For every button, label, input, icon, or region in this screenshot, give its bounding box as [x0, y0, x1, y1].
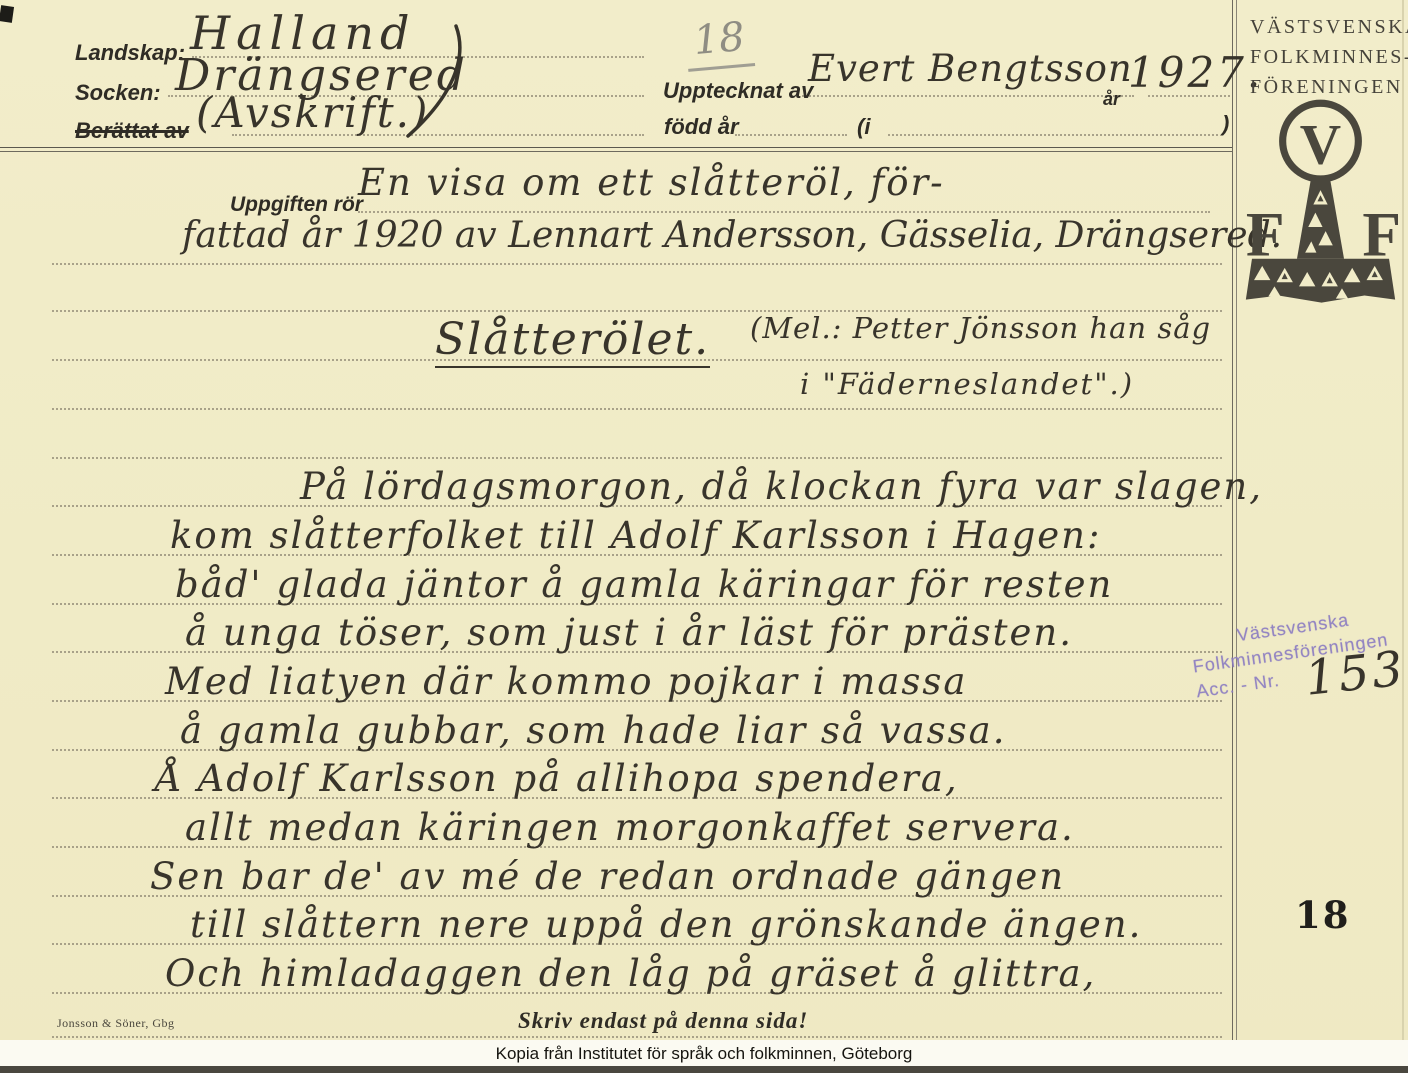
logo-letter-f-right: F [1362, 200, 1398, 270]
melody-line2: i "Fäderneslandet".) [800, 370, 1134, 399]
melody-line1: (Mel.: Petter Jönsson han såg [750, 314, 1211, 343]
berattat-label-struck: Berättat av [75, 120, 189, 142]
verse-line: båd' glada jäntor å gamla käringar för r… [175, 566, 1113, 603]
ruled-line [52, 263, 1222, 265]
berattat-value: (Avskrift.) [196, 92, 429, 134]
fodd-label: född år [664, 116, 739, 138]
logo-letter-v: V [1300, 114, 1341, 177]
org-name-line1: VÄSTSVENSKA [1250, 12, 1408, 42]
verse-line: allt medan käringen morgonkaffet servera… [185, 809, 1075, 846]
thors-hammer-logo-icon: V F F [1243, 92, 1398, 317]
verse-line: Och himladaggen den låg på gräset å glit… [165, 955, 1096, 992]
verse-line: kom slåtterfolket till Adolf Karlsson i … [170, 517, 1101, 554]
upptecknat-value: Evert Bengtsson [808, 50, 1133, 87]
pen-flourish [398, 22, 468, 142]
logo-letter-f-left: F [1246, 200, 1285, 270]
scan-bottom-edge [0, 1066, 1408, 1073]
ruled-line [358, 211, 1210, 213]
ar-label: år [1103, 90, 1120, 108]
form-instruction: Skriv endast på denna sida! [518, 1008, 808, 1034]
ruled-line [52, 1036, 1222, 1038]
ruled-line [735, 134, 847, 136]
verse-line: Å Adolf Karlsson på allihopa spendera, [155, 760, 959, 797]
copy-note: Kopia från Institutet för språk och folk… [0, 1040, 1408, 1064]
org-name: VÄSTSVENSKA FOLKMINNES- FÖRENINGEN [1250, 12, 1408, 102]
fodd-paren-open: (i [857, 116, 870, 138]
copy-note-strip: Kopia från Institutet för språk och folk… [0, 1040, 1408, 1068]
uppgiften-label: Uppgiften rör [230, 194, 363, 215]
ruled-line [888, 134, 1218, 136]
subject-line1: En visa om ett slåtteröl, för- [358, 164, 945, 201]
ruled-line [802, 95, 1134, 97]
verse-line: å unga töser, som just i år läst för prä… [185, 614, 1073, 651]
verse-line: Sen bar de' av mé de redan ordnade gänge… [150, 858, 1065, 895]
archival-form-page: Landskap: Halland Socken: Drängsered Ber… [0, 0, 1408, 1073]
scan-corner-mark [0, 5, 14, 23]
printed-page-number: 18 [1295, 893, 1351, 937]
ar-value: 1927. [1128, 52, 1263, 94]
ruled-line [52, 408, 1222, 410]
verse-line: På lördagsmorgon, då klockan fyra var sl… [300, 468, 1263, 505]
accession-number: 1537 [1303, 641, 1408, 703]
socken-label: Socken: [75, 82, 161, 104]
landskap-label: Landskap: [75, 42, 185, 64]
printer-imprint: Jonsson & Söner, Gbg [57, 1016, 175, 1031]
verse-line: Med liatyen där kommo pojkar i massa [165, 663, 967, 700]
pencil-page-number: 18 [684, 13, 755, 72]
fodd-paren-close: ) [1222, 113, 1229, 135]
upptecknat-label: Upptecknat av [663, 80, 813, 102]
org-name-line2: FOLKMINNES- [1250, 42, 1408, 72]
margin-rule [1232, 0, 1237, 1040]
verse-line: å gamla gubbar, som hade liar så vassa. [180, 712, 1006, 749]
verse-line: till slåttern nere uppå den grönskande ä… [190, 906, 1142, 943]
page-edge [1402, 0, 1404, 1073]
song-title: Slåtterölet. [435, 318, 710, 368]
double-rule [0, 147, 1232, 152]
subject-line2: fattad år 1920 av Lennart Andersson, Gäs… [182, 218, 1282, 254]
ruled-line [52, 457, 1222, 459]
